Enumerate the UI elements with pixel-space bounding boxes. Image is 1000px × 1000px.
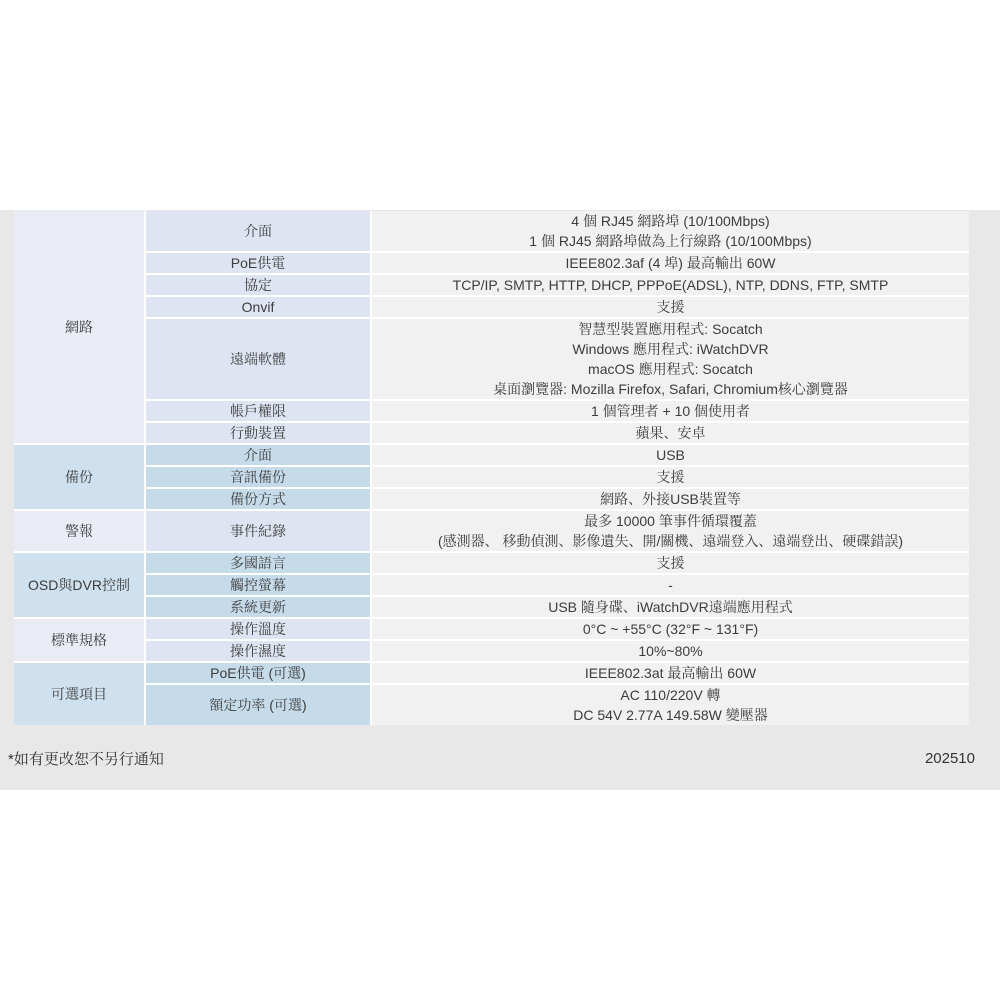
spec-value-cell: USB	[372, 445, 969, 465]
spec-value-cell: 支援	[372, 553, 969, 573]
spec-value-cell: TCP/IP, SMTP, HTTP, DHCP, PPPoE(ADSL), N…	[372, 275, 969, 295]
spec-label-cell: 備份方式	[146, 489, 370, 509]
spec-value-cell: 蘋果、安卓	[372, 423, 969, 443]
spec-value-cell: 支援	[372, 467, 969, 487]
table-background-band: 網路 介面 4 個 RJ45 網路埠 (10/100Mbps) 1 個 RJ45…	[0, 210, 1000, 790]
footer: *如有更改恕不另行通知 202510	[8, 748, 975, 769]
spec-label-cell: 介面	[146, 445, 370, 465]
spec-label-cell: PoE供電	[146, 253, 370, 273]
spec-label-cell: 額定功率 (可選)	[146, 685, 370, 725]
spec-value-cell: 0°C ~ +55°C (32°F ~ 131°F)	[372, 619, 969, 639]
spec-value-cell: -	[372, 575, 969, 595]
category-cell-optional-items: 可選項目	[14, 663, 144, 725]
spec-value-cell: USB 隨身碟、iWatchDVR遠端應用程式	[372, 597, 969, 617]
spec-label-cell: 系統更新	[146, 597, 370, 617]
spec-label-cell: 行動裝置	[146, 423, 370, 443]
spec-value-cell: 最多 10000 筆事件循環覆蓋 (感測器、 移動偵測、影像遺失、開/關機、遠端…	[372, 511, 969, 551]
spec-value-cell: 支援	[372, 297, 969, 317]
spec-label-cell: 多國語言	[146, 553, 370, 573]
category-cell-standard-spec: 標準規格	[14, 619, 144, 661]
spec-label-cell: 操作溫度	[146, 619, 370, 639]
spec-value-cell: 網路、外接USB裝置等	[372, 489, 969, 509]
spec-label-cell: 事件紀錄	[146, 511, 370, 551]
spec-label-cell: 協定	[146, 275, 370, 295]
spec-label-cell: 操作濕度	[146, 641, 370, 661]
spec-label-cell: 遠端軟體	[146, 319, 370, 399]
spec-label-cell: Onvif	[146, 297, 370, 317]
footer-revision-code: 202510	[925, 750, 975, 767]
spec-label-cell: 音訊備份	[146, 467, 370, 487]
spec-value-cell: IEEE802.3at 最高輸出 60W	[372, 663, 969, 683]
spec-value-cell: 智慧型裝置應用程式: Socatch Windows 應用程式: iWatchD…	[372, 319, 969, 399]
spec-value-cell: 10%~80%	[372, 641, 969, 661]
category-cell-backup: 備份	[14, 445, 144, 509]
spec-label-cell: 介面	[146, 211, 370, 251]
spec-label-cell: 觸控螢幕	[146, 575, 370, 595]
category-cell-alarm: 警報	[14, 511, 144, 551]
spec-value-cell: 4 個 RJ45 網路埠 (10/100Mbps) 1 個 RJ45 網路埠做為…	[372, 211, 969, 251]
category-cell-osd-dvr-control: OSD與DVR控制	[14, 553, 144, 617]
footer-disclaimer-note: *如有更改恕不另行通知	[8, 748, 164, 769]
spec-label-cell: 帳戶權限	[146, 401, 370, 421]
spec-value-cell: 1 個管理者 + 10 個使用者	[372, 401, 969, 421]
spec-label-cell: PoE供電 (可選)	[146, 663, 370, 683]
spec-value-cell: IEEE802.3af (4 埠) 最高輸出 60W	[372, 253, 969, 273]
category-cell-network: 網路	[14, 211, 144, 443]
spec-sheet-page: 網路 介面 4 個 RJ45 網路埠 (10/100Mbps) 1 個 RJ45…	[0, 0, 1000, 1000]
spec-value-cell: AC 110/220V 轉 DC 54V 2.77A 149.58W 變壓器	[372, 685, 969, 725]
spec-table: 網路 介面 4 個 RJ45 網路埠 (10/100Mbps) 1 個 RJ45…	[14, 211, 969, 725]
